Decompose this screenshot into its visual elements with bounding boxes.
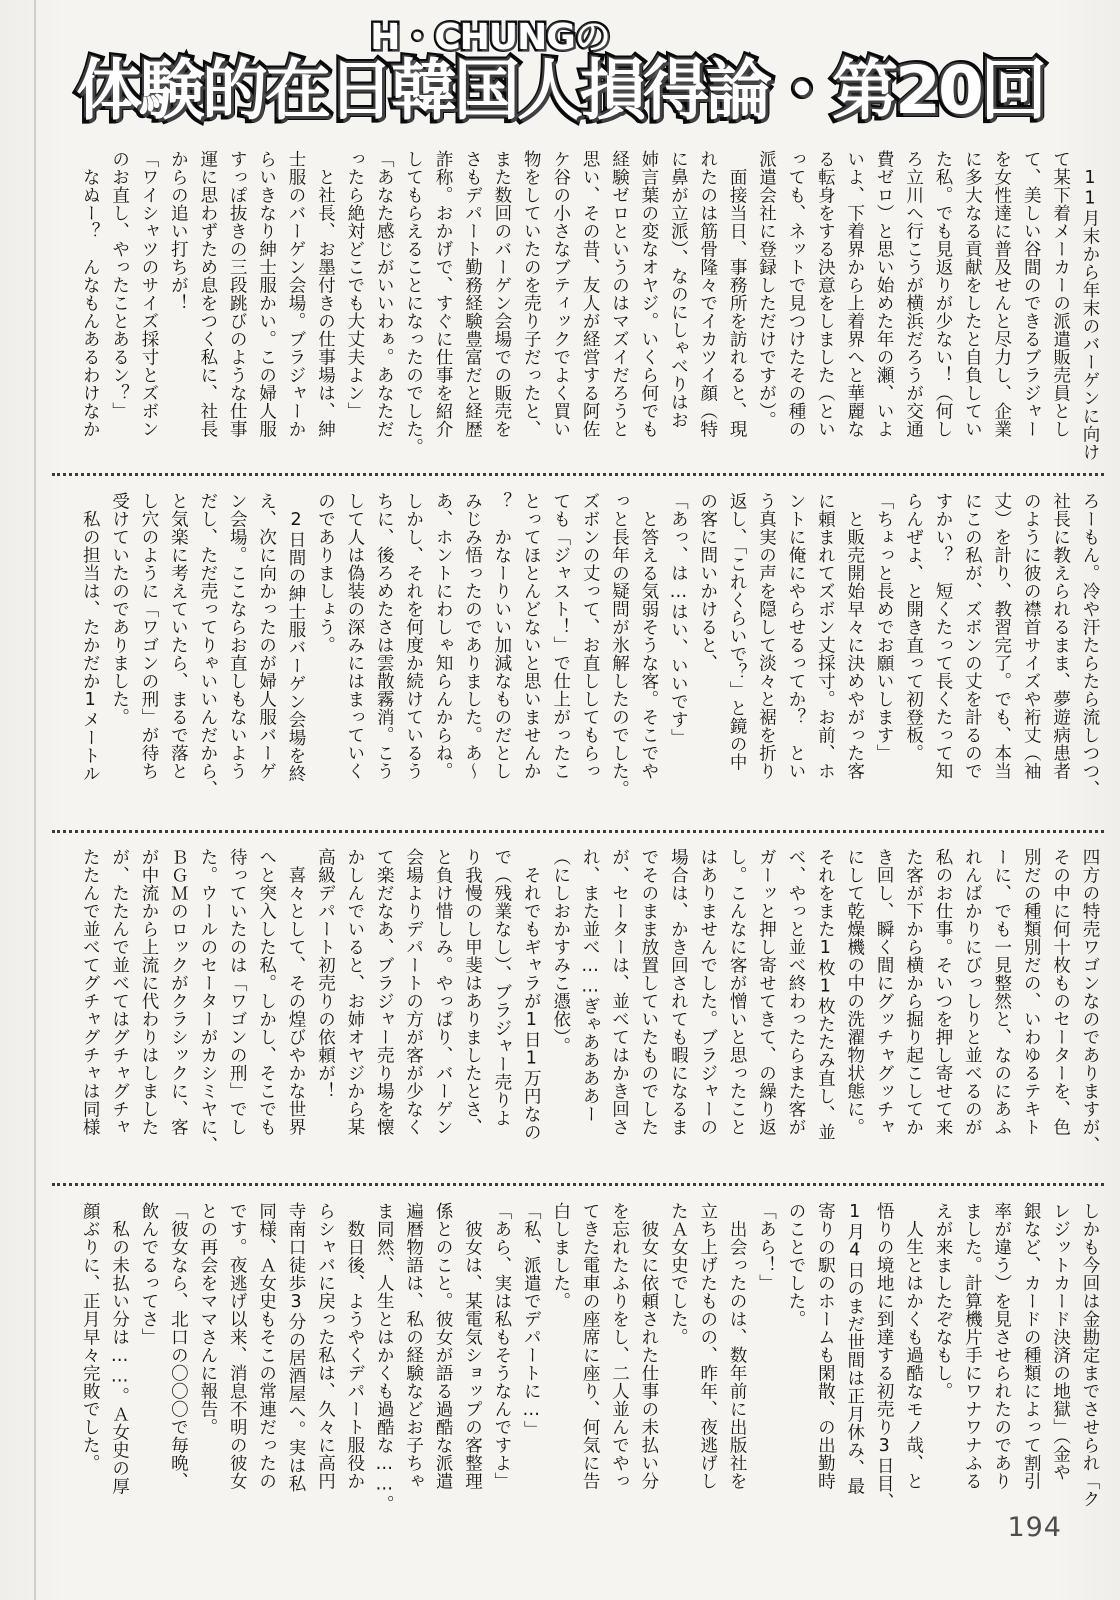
text-column: た私。でも見返りが少ない！（何し [928,150,957,468]
text-column: してもらえることになったのでした。 [398,150,427,468]
text-column: た。ウールのセーターがカシミヤに、 [192,848,221,1176]
text-column: ン会場。ここならお直しもないよう [222,492,251,822]
text-column: 面接当日、事務所を訪れると、現 [722,150,751,468]
text-column: ろーもん。冷や汗たらたら流しつつ、 [1075,492,1104,822]
text-column: にこの私が、ズボンの丈を計るので [957,492,986,822]
text-column: と答える気弱そうな客。そこでや [634,492,663,822]
dotted-divider [52,830,1104,833]
text-column: なぬー？ んなもんあるわけなか [75,150,104,468]
text-column: 人生とはかくも過酷なモノ哉、と [898,1202,927,1522]
text-column: みじみ悟ったのでありました。あ〜 [457,492,486,822]
text-column: 同様、Ａ女史もそこの常連だったの [251,1202,280,1522]
text-column: 白しました。 [545,1202,574,1522]
text-column: 数日後、ようやくデパート服役か [339,1202,368,1522]
text-column: しかし、それを何度か続けているう [398,492,427,822]
text-column: 「ちょっと長めでお願いします」 [869,492,898,822]
text-column: う真実の声を隠して淡々と裾を折り [751,492,780,822]
text-column: 四方の特売ワゴンなのでありますが、 [1075,848,1104,1176]
text-column: が、たたんで並べてはグチャグチャ [104,848,133,1176]
text-column: らいきなり紳士服かい。この婦人服 [251,150,280,468]
text-column: ても「ジャスト！」で仕上がったこ [545,492,574,822]
text-column: 「ワイシャツのサイズ採寸とズボン [134,150,163,468]
text-column: が、セーターは、並べてはかき回さ [604,848,633,1176]
text-column: ろ立川へ行こうが横浜だろうが交通 [898,150,927,468]
text-column: えが来ましたぞなもし。 [928,1202,957,1522]
text-column: 1月4日のまだ世間は正月休み、最 [839,1202,868,1522]
text-column: その中に何十枚ものセーターを、色 [1045,848,1074,1176]
text-column: 11月末から年末のバーゲンに向け [1075,150,1104,468]
text-column: 寺南口徒歩3分の居酒屋へ。実は私 [281,1202,310,1522]
text-column: たたんで並べてグチャグチャは同様 [75,848,104,1176]
text-column: き回し、瞬く間にグッチャグッチャ [869,848,898,1176]
text-column: はありませんでした。ブラジャーの [692,848,721,1176]
text-column: 詐称。おかげで、すぐに仕事を紹介 [428,150,457,468]
article-subtitle: H・CHUNGの [0,20,980,56]
article-band-1: 11月末から年末のバーゲンに向けて某下着メーカーの派遣販売員として、美しい谷間の… [68,150,1104,468]
text-column: 顔ぶりに、正月早々完敗でした。 [75,1202,104,1522]
text-column: らシャバに戻った私は、久々に高円 [310,1202,339,1522]
text-column: っと長年の疑問が氷解したのでした。 [604,492,633,822]
text-column: ？ かなーりいい加減なものだとし [486,492,515,822]
text-column: 悟りの境地に到達する初売り3日目、 [869,1202,898,1522]
text-column: 丈）を計り、教習完了。でも、本当 [986,492,1015,822]
page-number: 194 [1007,1512,1062,1543]
text-column: ガーッと押し寄せてきて、の繰り返 [751,848,780,1176]
text-column: レジットカード決済の地獄」（金や [1045,1202,1074,1522]
text-column: らんぜよ、と開き直って初登板。 [898,492,927,822]
text-column: それをまた1枚1枚たたみ直し、並 [810,848,839,1176]
text-column: のように彼の襟首サイズや裄丈（袖 [1016,492,1045,822]
text-column: それでもギャラが1日1万円なの [516,848,545,1176]
text-column: 係とのこと。彼女が語る過酷な派遣 [428,1202,457,1522]
text-column: です。夜逃げ以来、消息不明の彼女 [222,1202,251,1522]
dotted-divider [52,473,1104,476]
article-band-4: しかも今回は金勘定までさせられ「クレジットカード決済の地獄」（金や銀など、カード… [68,1202,1104,1522]
text-column: にして乾燥機の中の洗濯物状態に。 [839,848,868,1176]
article-header: H・CHUNGの 体験的在日韓国人損得論・第20回 [0,20,1120,124]
text-column: ちに、後ろめたさは雲散霧消。こう [369,492,398,822]
text-column: とってほとんどないと思いませんか [516,492,545,822]
text-column: 受けていたのでありました。 [104,492,133,822]
text-column: ったら絶対どこでも大丈夫よン」 [339,150,368,468]
text-column: た客が下から横から掘り起こしてか [898,848,927,1176]
text-column: 彼女は、某電気ショップの客整理 [457,1202,486,1522]
text-column: ケ谷の小さなブティックでよく買い [545,150,574,468]
text-column: 立ち上げたものの、昨年、夜逃げし [692,1202,721,1522]
text-column: で（残業なし）、ブラジャー売りよ [486,848,515,1176]
text-column: 「あっ、は…はい、いいです」 [663,492,692,822]
text-column: が中流から上流に代わりはしました [134,848,163,1176]
text-column: ま同然、人生とはかくも過酷な……。 [369,1202,398,1522]
text-column: し穴のように「ワゴンの刑」が待ち [134,492,163,822]
text-column: ーに、でも一見整然と、なのにあふ [986,848,1015,1176]
text-column: 飲んでるってさ」 [134,1202,163,1522]
text-column: かしんでいると、お姉オヤジから某 [339,848,368,1176]
text-column: え、次に向かったのが婦人服バーゲ [251,492,280,822]
text-column: て、美しい谷間のできるブラジャー [1016,150,1045,468]
text-column: 待っていたのは「ワゴンの刑」でし [222,848,251,1176]
text-column: ＢＧＭのロックがクラシックに、客 [163,848,192,1176]
text-column: と販売開始早々に決めやがった客 [839,492,868,822]
text-column: 遍暦物語は、私の経験などお子ちゃ [398,1202,427,1522]
text-column: 出会ったのは、数年前に出版社を [722,1202,751,1522]
text-column: てきた電車の座席に座り、何気に告 [575,1202,604,1522]
text-column: との再会をママさんに報告。 [192,1202,221,1522]
text-column: 率が違う）を見させられたのであり [986,1202,1015,1522]
text-column: ズボンの丈って、お直ししてもらっ [575,492,604,822]
text-column: て楽だなあ、ブラジャー売り場を懐 [369,848,398,1176]
text-column: 「あら、実は私もそうなんですよ」 [486,1202,515,1522]
text-column: と負け惜しみ。やっぱり、バーゲン [428,848,457,1176]
article-band-3: 四方の特売ワゴンなのでありますが、その中に何十枚ものセーターを、色別だの種類別だ… [68,848,1104,1176]
text-column: ントに俺にやらせるってか？ とい [781,492,810,822]
page-edge-line [34,0,36,1600]
article-band-2: ろーもん。冷や汗たらたら流しつつ、社長に教えられるまま、夢遊病患者のように彼の襟… [68,492,1104,822]
text-column: ました。計算機片手にワナワナふる [957,1202,986,1522]
text-column: べ、やっと並べ終わったらまた客が [781,848,810,1176]
text-column: 「彼女なら、北口の〇〇〇で毎晩、 [163,1202,192,1522]
text-column: 別だの種類別だの、いわゆるテキト [1016,848,1045,1176]
text-column: さもデパート勤務経験豊富だと経歴 [457,150,486,468]
text-column: 私の未払い分は……。Ａ女史の厚 [104,1202,133,1522]
text-column: のでありましょう。 [310,492,339,822]
magazine-page: H・CHUNGの 体験的在日韓国人損得論・第20回 11月末から年末のバーゲンに… [0,0,1120,1600]
dotted-divider [52,1183,1104,1186]
text-column: れ、また並べ……ぎゃああああー [575,848,604,1176]
text-column: あ、ホントにわしゃ知らんからね。 [428,492,457,822]
text-column: に鼻が立派）、なのにしゃべりはお [663,150,692,468]
text-column: れんばかりにびっしりと並べるのが [957,848,986,1176]
text-column: 派遣会社に登録しただけですが）。 [751,150,780,468]
text-column: 運に思わずため息をつく私に、社長 [192,150,221,468]
text-column: すっぽ抜きの三段跳びのような仕事 [222,150,251,468]
text-column: 喜々として、その煌びやかな世界 [281,848,310,1176]
text-column: だし、ただ売ってりゃいいんだから、 [192,492,221,822]
text-column: のことでした。 [781,1202,810,1522]
text-column: 銀など、カードの種類によって割引 [1016,1202,1045,1522]
text-column: のお直し、やったことあるン？」 [104,150,133,468]
text-column: に頼まれてズボン丈採寸。お前、ホ [810,492,839,822]
text-column: 社長に教えられるまま、夢遊病患者 [1045,492,1074,822]
text-column: 費ゼロ）と思い始めた年の瀬、いよ [869,150,898,468]
text-column: 会場よりデパートの方が客が少なく [398,848,427,1176]
text-column: たＡ女史でした。 [663,1202,692,1522]
text-column: と気楽に考えていたら、まるで落と [163,492,192,822]
text-column: し。こんなに客が憎いと思ったこと [722,848,751,1176]
text-column: 2日間の紳士服バーゲン会場を終 [281,492,310,822]
text-column: いよ、下着界から上着界へと華麗な [839,150,868,468]
text-column: 経験ゼロというのはマズイだろうと [604,150,633,468]
text-column: （にしおかすみこ憑依）。 [545,848,574,1176]
text-column: また数回のバーゲン会場での販売を [486,150,515,468]
text-column: の客に問いかけると、 [692,492,721,822]
text-column: 私の担当は、たかだか1メートル [75,492,104,822]
text-column: り我慢のし甲斐はありましたとさ、 [457,848,486,1176]
text-column: 士服のバーゲン会場。ブラジャーか [281,150,310,468]
article-title: 体験的在日韓国人損得論・第20回 [0,58,1120,124]
text-column: へと突入した私。しかし、そこでも [251,848,280,1176]
text-column: 寄りの駅のホームも閑散、の出勤時 [810,1202,839,1522]
text-column: れたのは筋骨隆々でイカツイ顔（特 [692,150,721,468]
text-column: 彼女に依頼された仕事の未払い分 [634,1202,663,1522]
text-column: 返し、「これくらいで？」と鏡の中 [722,492,751,822]
text-column: からの追い打ちが！ [163,150,192,468]
text-column: 場合は、かき回されても暇になるま [663,848,692,1176]
text-column: 高級デパート初売りの依頼が！ [310,848,339,1176]
text-column: 「あら！」 [751,1202,780,1522]
text-column: 思い、その昔、友人が経営する阿佐 [575,150,604,468]
text-column: しかも今回は金勘定までさせられ「ク [1075,1202,1104,1522]
text-column: 「私、派遣でデパートに…」 [516,1202,545,1522]
text-column: 「あなた感じがいいわぁ。あなただ [369,150,398,468]
text-column: 物をしていたのを売り子だったと、 [516,150,545,468]
text-column: に多大なる貢献をしたと自負してい [957,150,986,468]
text-column: すかい？ 短くたって長くたって知 [928,492,957,822]
text-column: を女性達に普及せんと尽力し、企業 [986,150,1015,468]
text-column: っても、ネットで見つけたその種の [781,150,810,468]
text-column: でそのまま放置していたものでした [634,848,663,1176]
text-column: と社長、お墨付きの仕事場は、紳 [310,150,339,468]
text-column: して人は偽装の深みにはまっていく [339,492,368,822]
text-column: て某下着メーカーの派遣販売員とし [1045,150,1074,468]
text-column: を忘れたふりをし、二人並んでやっ [604,1202,633,1522]
text-column: る転身をする決意をしました（とい [810,150,839,468]
text-column: 私のお仕事。そいつを押し寄せて来 [928,848,957,1176]
text-column: 姉言葉の変なオヤジ。いくら何でも [634,150,663,468]
